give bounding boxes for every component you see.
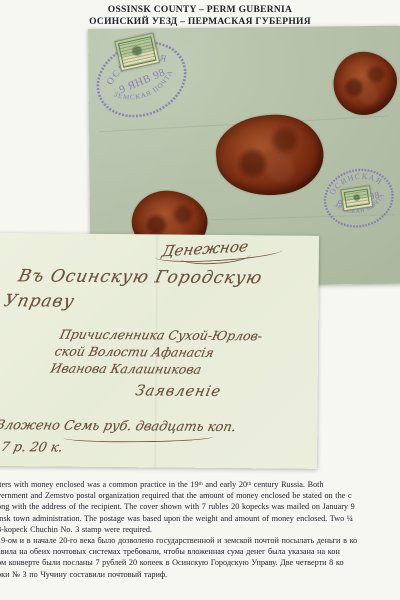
caption-line-ru-1: 19-ом и в начале 20-го века было дозволе… [0,535,400,546]
zemstvo-stamp-design [344,188,370,207]
caption-block: tters with money enclosed was a common p… [0,479,400,580]
exhibit-title: OSSINSK COUNTY – PERM GUBERNIA ОСИНСКИЙ … [0,4,400,28]
underline-flourish [63,436,213,443]
caption-line-en-4: insk town administration. The postage wa… [0,513,400,524]
caption-line-en-1: tters with money enclosed was a common p… [0,479,400,490]
handwriting-sender-line1: Причисленника Сухой-Юрлов- [58,327,263,344]
caption-line-en-3: ong with the address of the recipient. T… [0,501,400,512]
caption-line-ru-3: ом конверте были посланы 7 рублей 20 коп… [0,557,400,568]
money-cover-front: Денежное Въ Осинскую Городскую Управу Пр… [0,233,319,469]
wax-seal-center [213,111,326,199]
handwriting-address-line2: Управу [2,291,76,312]
zemstvo-stamp-design [118,36,157,68]
exhibit-title-russian: ОСИНСКИЙ УЕЗД – ПЕРМАСКАЯ ГУБЕРНИЯ [0,16,400,28]
handwriting-document-word: Заявленіе [134,383,223,400]
zemstvo-stamp [340,185,373,211]
wax-seal-top-right [330,48,400,119]
handwriting-sender-line3: Иванова Калашникова [49,361,203,377]
zemstvo-stamp-paper [340,185,373,211]
caption-line-ru-4: рки № 3 по Чучину составили почтовый тар… [0,569,400,580]
caption-line-en-5: 8-kopeck Chuchin No. 3 stamp were requir… [0,524,400,535]
caption-line-en-2: vernment and Zemstvo postal organization… [0,490,400,501]
handwriting-value-numeric: 7 р. 20 к. [0,440,64,456]
caption-line-ru-2: авила на обеих почтовых системах требова… [0,546,400,557]
handwriting-sender-line2: ской Волости Афанасія [53,344,215,360]
handwriting-address-line1: Въ Осинскую Городскую [16,266,264,288]
handwriting-value-line: Вложено Семь руб. двадцать коп. [0,418,238,435]
exhibit-title-english: OSSINSK COUNTY – PERM GUBERNIA [0,4,400,16]
